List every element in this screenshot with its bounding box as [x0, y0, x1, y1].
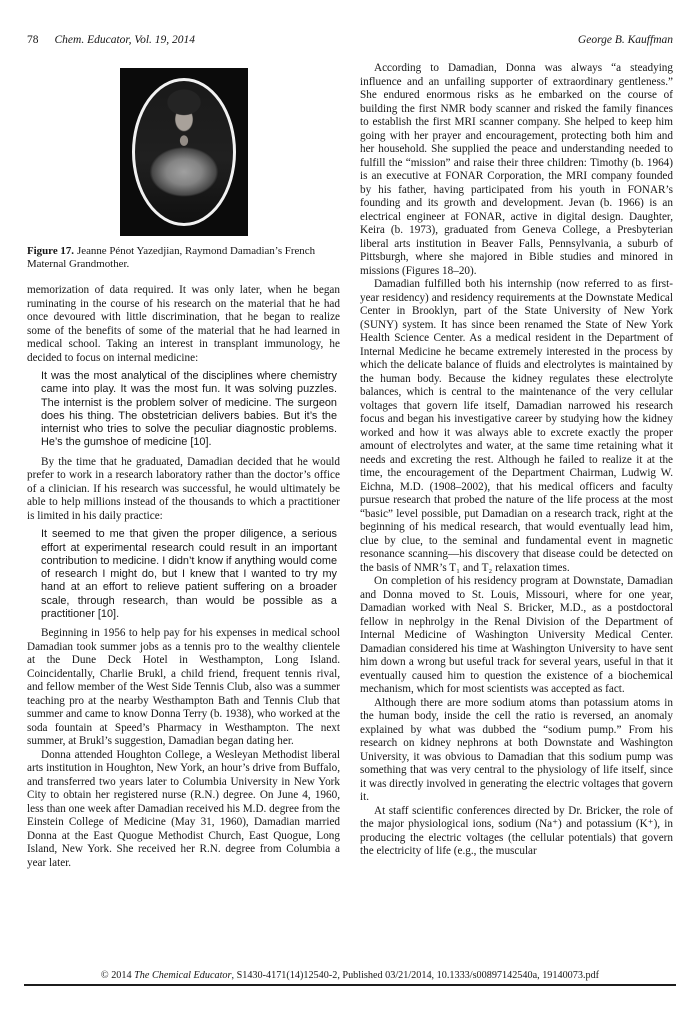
- paragraph-sodium-pump: Although there are more sodium atoms tha…: [360, 697, 673, 805]
- footer-journal-name: The Chemical Educator: [134, 970, 231, 981]
- paragraph-residency: Damadian fulfilled both his internship (…: [360, 278, 673, 575]
- portrait-oval-vignette: [132, 78, 236, 226]
- paragraph-memorization: memorization of data required. It was on…: [27, 284, 340, 365]
- paragraph-tennis-pro: Beginning in 1956 to help pay for his ex…: [27, 627, 340, 749]
- right-column: According to Damadian, Donna was always …: [360, 62, 673, 968]
- figure-17-photo: [120, 68, 248, 236]
- paragraph-donna-college: Donna attended Houghton College, a Wesle…: [27, 749, 340, 871]
- paragraph-st-louis: On completion of his residency program a…: [360, 575, 673, 697]
- footer-citation: , S1430-4171(14)12540-2, Published 03/21…: [231, 970, 599, 981]
- page-footer: © 2014 The Chemical Educator, S1430-4171…: [24, 969, 676, 986]
- blockquote-internist: It was the most analytical of the discip…: [41, 370, 337, 450]
- page-header: 78Chem. Educator, Vol. 19, 2014 George B…: [27, 33, 673, 47]
- paragraph-graduation: By the time that he graduated, Damadian …: [27, 456, 340, 524]
- author-name: George B. Kauffman: [578, 33, 673, 47]
- figure-caption-label: Figure 17.: [27, 245, 74, 257]
- journal-title: Chem. Educator, Vol. 19, 2014: [55, 34, 196, 46]
- left-column: Figure 17.Jeanne Pénot Yazedjian, Raymon…: [27, 62, 340, 968]
- figure-caption: Figure 17.Jeanne Pénot Yazedjian, Raymon…: [27, 245, 340, 271]
- journal-page: 78Chem. Educator, Vol. 19, 2014 George B…: [0, 0, 700, 1019]
- blockquote-practitioner: It seemed to me that given the proper di…: [41, 528, 337, 621]
- footer-copyright: © 2014: [101, 970, 134, 981]
- paragraph-staff-conferences: At staff scientific conferences directed…: [360, 805, 673, 859]
- footer-rule: [24, 984, 676, 986]
- page-number: 78: [27, 34, 39, 46]
- paragraph-donna-support: According to Damadian, Donna was always …: [360, 62, 673, 278]
